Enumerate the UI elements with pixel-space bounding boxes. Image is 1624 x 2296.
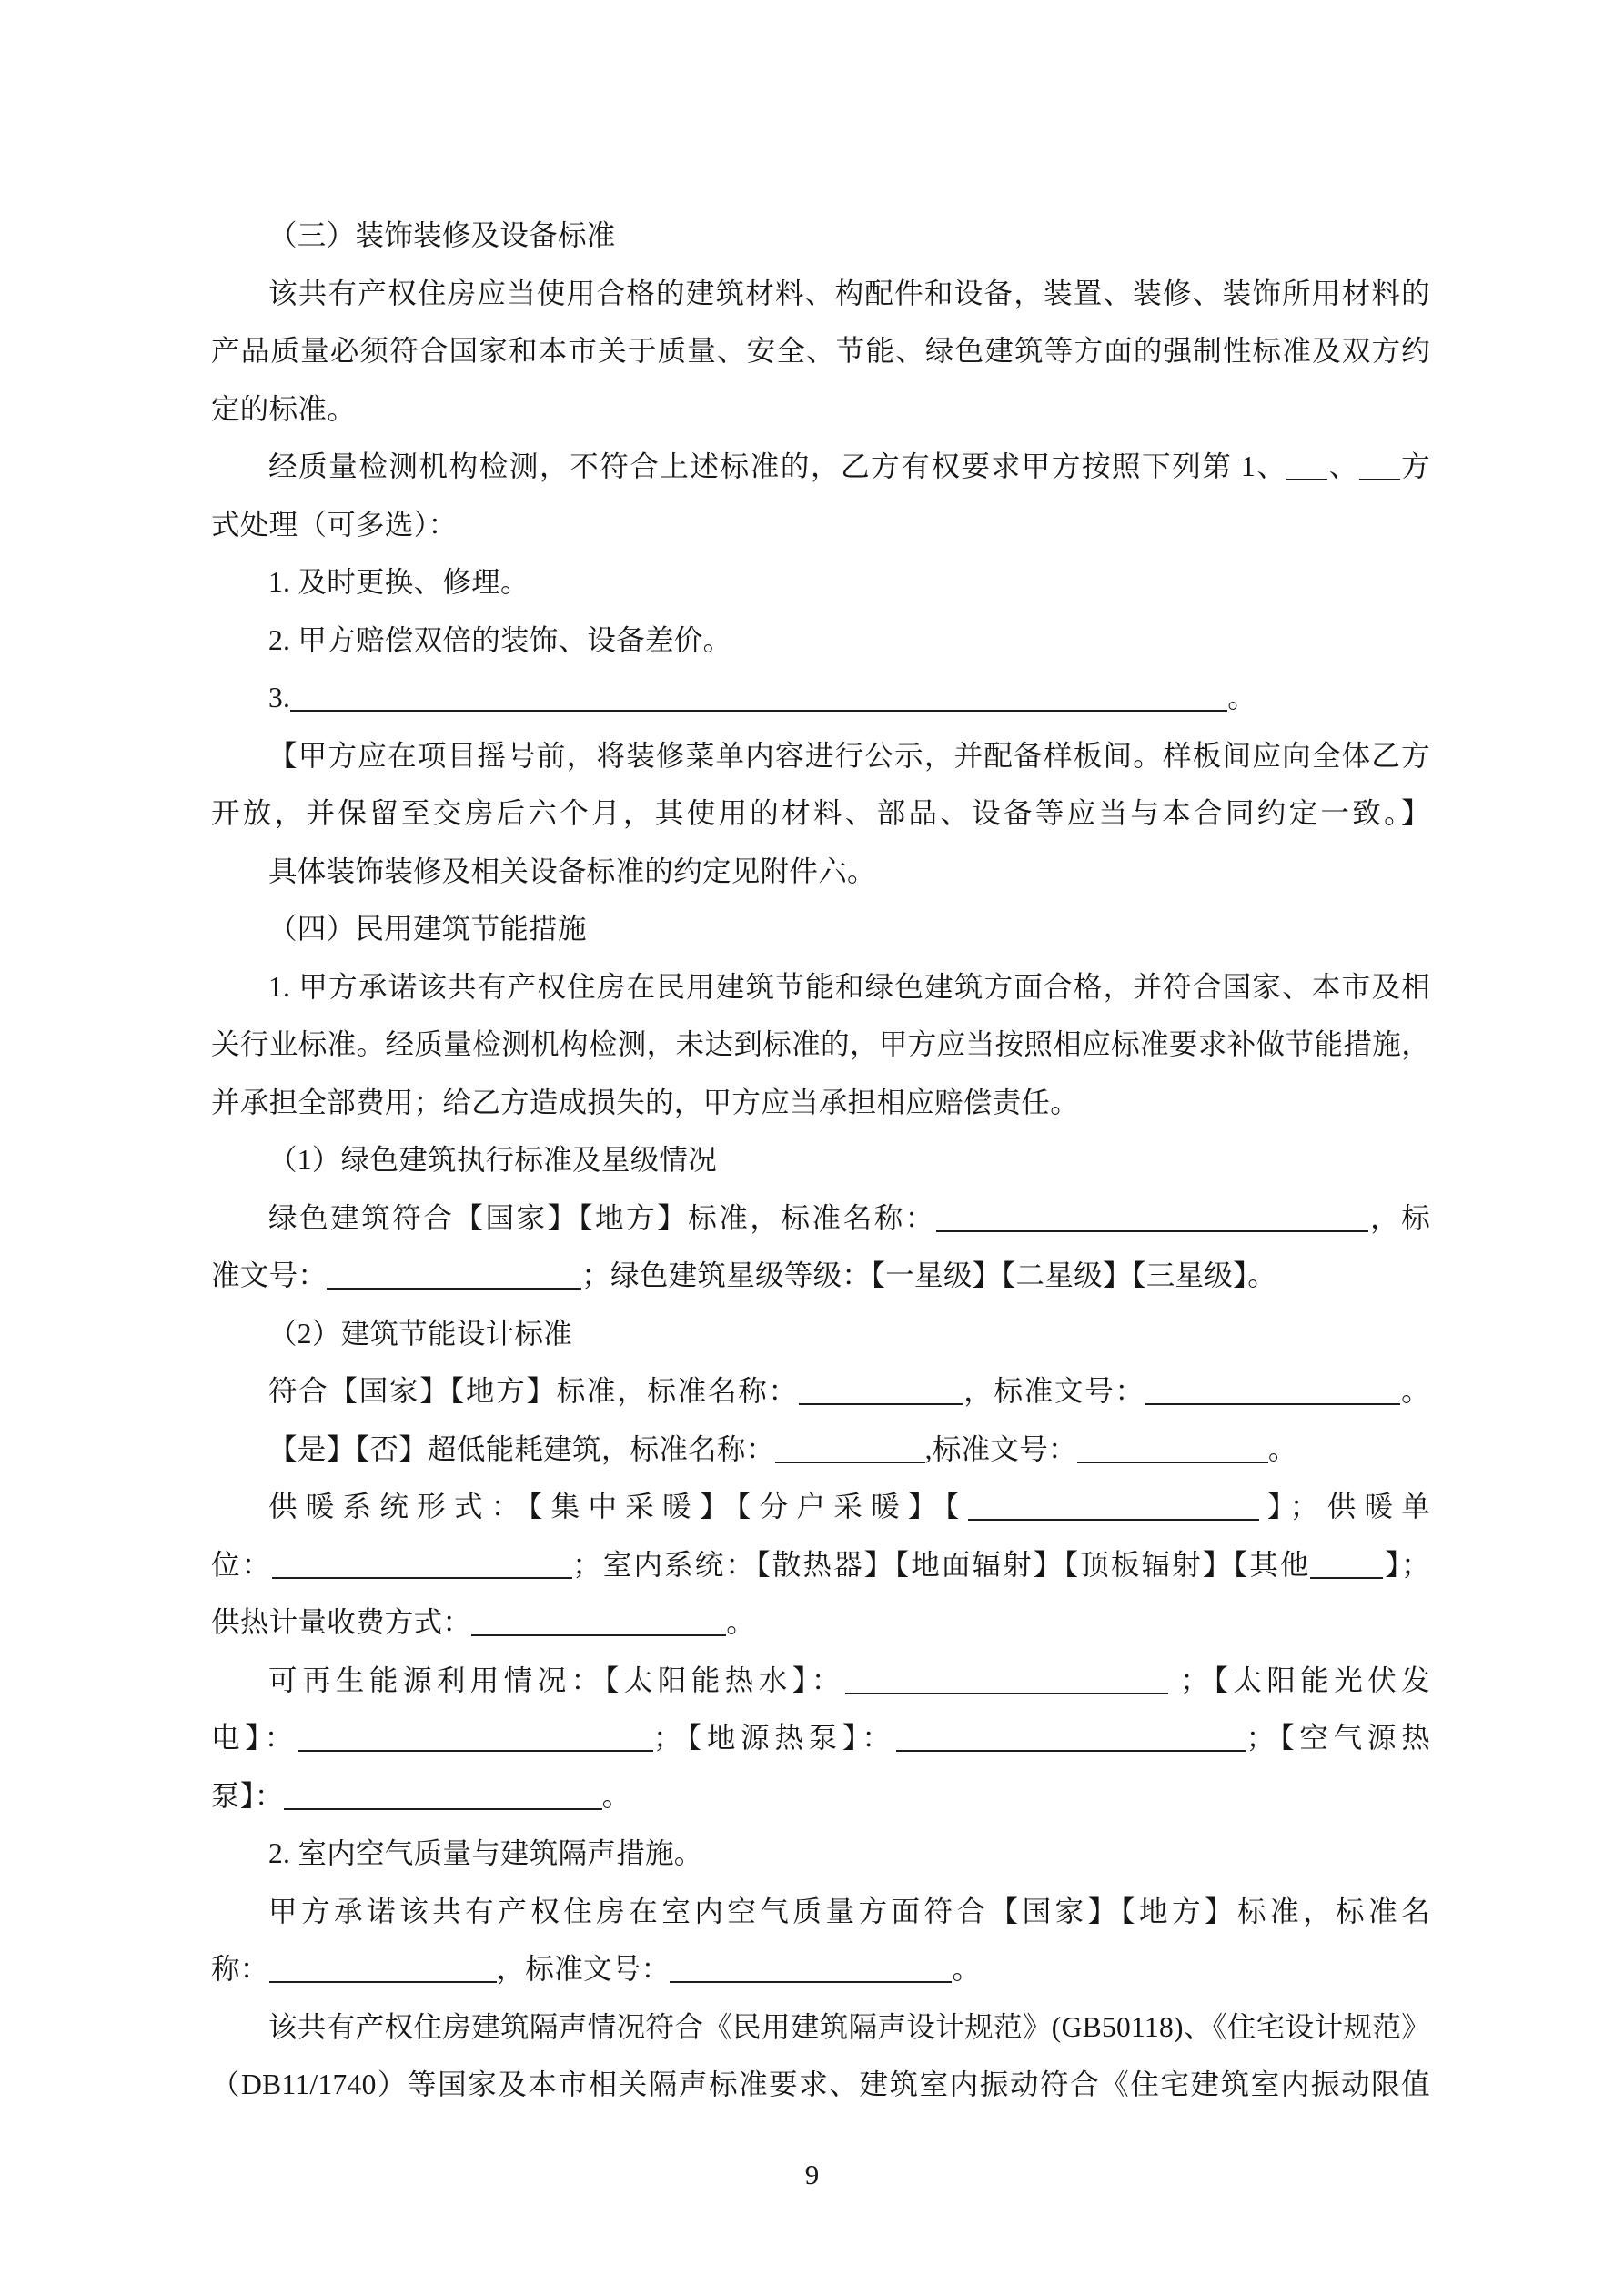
- text-segment: 具体装饰装修及相关设备标准的约定见附件六。: [268, 855, 876, 887]
- text-segment: 绿色建筑符合【国家】【地方】标准，标准名称：: [268, 1202, 936, 1234]
- para-model-room-line-1: 【甲方应在项目摇号前，将装修菜单内容进行公示，并配备样板间。样板间应向全体乙方: [211, 727, 1430, 785]
- text-segment: ；【地源热泵】：: [653, 1722, 896, 1754]
- text-segment: （1）绿色建筑执行标准及星级情况: [268, 1144, 717, 1176]
- para-materials-quality-line-3: 定的标准。: [211, 380, 1430, 439]
- fill-in-blank: [298, 1750, 653, 1752]
- text-segment: （DB11/1740）等国家及本市相关隔声标准要求、建筑室内振动符合《住宅建筑室…: [211, 2068, 1430, 2100]
- para-sound-insulation-line-1: 该共有产权住房建筑隔声情况符合《民用建筑隔声设计规范》(GB50118)、《住宅…: [211, 1998, 1430, 2057]
- text-segment: 电】：: [211, 1722, 298, 1754]
- text-segment: 。: [726, 1606, 755, 1638]
- para-indoor-air-line-2: 称：，标准文号：。: [211, 1940, 1430, 1998]
- para-materials-quality-line-1: 该共有产权住房应当使用合格的建筑材料、构配件和设备，装置、装修、装饰所用材料的: [211, 265, 1430, 323]
- text-segment: 】；: [1383, 1549, 1430, 1581]
- text-segment: 符合【国家】【地方】标准，标准名称：: [268, 1375, 799, 1407]
- fill-in-blank: [1359, 479, 1400, 480]
- fill-in-blank: [896, 1750, 1246, 1752]
- text-segment: ；绿色建筑星级等级：【一星级】【二星级】【三星级】。: [581, 1259, 1276, 1291]
- fill-in-blank: [1310, 1577, 1383, 1579]
- para-inspection-remedy-line-1: 经质量检测机构检测，不符合上述标准的，乙方有权要求甲方按照下列第 1、、方: [211, 438, 1430, 496]
- fill-in-blank: [775, 1462, 925, 1463]
- text-segment: 该共有产权住房建筑隔声情况符合《民用建筑隔声设计规范》(GB50118)、《住宅…: [268, 2011, 1430, 2043]
- sub-heading-indoor-air: 2. 室内空气质量与建筑隔声措施。: [211, 1825, 1430, 1883]
- para-materials-quality-line-2: 产品质量必须符合国家和本市关于质量、安全、节能、绿色建筑等方面的强制性标准及双方…: [211, 322, 1430, 380]
- page-number: 9: [0, 2159, 1624, 2191]
- text-segment: 【甲方应在项目摇号前，将装修菜单内容进行公示，并配备样板间。样板间应向全体乙方: [268, 740, 1430, 772]
- fill-in-blank: [968, 1519, 1259, 1521]
- para-sound-insulation-line-2: （DB11/1740）等国家及本市相关隔声标准要求、建筑室内振动符合《住宅建筑室…: [211, 2056, 1430, 2114]
- para-model-room-line-2: 开放，并保留至交房后六个月，其使用的材料、部品、设备等应当与本合同约定一致。】: [211, 784, 1430, 843]
- list-item-3: 3.。: [211, 669, 1430, 727]
- text-segment: 供热计量收费方式：: [211, 1606, 471, 1638]
- text-segment: 3.: [268, 682, 290, 713]
- text-segment: 2. 甲方赔偿双倍的装饰、设备差价。: [268, 624, 731, 656]
- text-segment: 泵】：: [211, 1780, 284, 1812]
- text-segment: 【是】【否】超低能耗建筑，标准名称：: [268, 1433, 775, 1465]
- text-segment: 2. 室内空气质量与建筑隔声措施。: [268, 1837, 703, 1869]
- fill-in-blank: [272, 1577, 572, 1579]
- text-segment: 1. 及时更换、修理。: [268, 566, 530, 598]
- list-item-1: 1. 及时更换、修理。: [211, 553, 1430, 612]
- para-energy-commitment-line-2: 关行业标准。经质量检测机构检测，未达到标准的，甲方应当按照相应标准要求补做节能措…: [211, 1016, 1430, 1074]
- text-segment: 式处理（可多选）：: [211, 509, 457, 541]
- text-segment: ；【太阳能光伏发: [1168, 1664, 1430, 1696]
- text-segment: 。: [952, 1953, 981, 1985]
- para-renewable-energy-line-2: 电】：；【地源热泵】：；【空气源热: [211, 1709, 1430, 1767]
- text-segment: 可再生能源利用情况：【太阳能热水】：: [268, 1664, 845, 1696]
- fill-in-blank: [269, 1981, 497, 1983]
- text-segment: 并承担全部费用；给乙方造成损失的，甲方应当承担相应赔偿责任。: [211, 1087, 1079, 1118]
- text-segment: ，标准文号：: [963, 1375, 1145, 1407]
- text-segment: ，标准文号：: [497, 1953, 671, 1985]
- text-segment: 供暖系统形式：【集中采暖】【分户采暖】【: [268, 1491, 968, 1522]
- para-heating-system-line-3: 供热计量收费方式：。: [211, 1593, 1430, 1652]
- text-segment: 准文号：: [211, 1259, 327, 1291]
- text-segment: 甲方承诺该共有产权住房在室内空气质量方面符合【国家】【地方】标准，标准名: [268, 1896, 1430, 1927]
- fill-in-blank: [845, 1693, 1168, 1694]
- para-renewable-energy-line-1: 可再生能源利用情况：【太阳能热水】： ；【太阳能光伏发: [211, 1652, 1430, 1710]
- text-segment: 产品质量必须符合国家和本市关于质量、安全、节能、绿色建筑等方面的强制性标准及双方…: [211, 335, 1430, 367]
- para-green-building-line-2: 准文号：；绿色建筑星级等级：【一星级】【二星级】【三星级】。: [211, 1247, 1430, 1305]
- sub-heading-green-building: （1）绿色建筑执行标准及星级情况: [211, 1131, 1430, 1189]
- sub-heading-energy-design: （2）建筑节能设计标准: [211, 1305, 1430, 1363]
- para-energy-design-standard: 符合【国家】【地方】标准，标准名称：，标准文号：。: [211, 1362, 1430, 1421]
- text-segment: 定的标准。: [211, 393, 356, 425]
- text-segment: 】；供暖单: [1259, 1491, 1430, 1522]
- text-segment: 1. 甲方承诺该共有产权住房在民用建筑节能和绿色建筑方面合格，并符合国家、本市及…: [268, 971, 1430, 1003]
- fill-in-blank: [799, 1403, 963, 1405]
- fill-in-blank: [290, 710, 1227, 712]
- document-page-content: （三）装饰装修及设备标准该共有产权住房应当使用合格的建筑材料、构配件和设备，装置…: [211, 207, 1430, 2114]
- text-segment: （四）民用建筑节能措施: [268, 913, 587, 945]
- text-segment: 经质量检测机构检测，不符合上述标准的，乙方有权要求甲方按照下列第 1、: [268, 450, 1286, 482]
- text-segment: 称：: [211, 1953, 269, 1985]
- section-heading-3: （三）装饰装修及设备标准: [211, 207, 1430, 265]
- para-heating-system-line-2: 位：；室内系统：【散热器】【地面辐射】【顶板辐射】【其他】；: [211, 1536, 1430, 1594]
- text-segment: 位：: [211, 1549, 272, 1581]
- list-item-2: 2. 甲方赔偿双倍的装饰、设备差价。: [211, 612, 1430, 670]
- fill-in-blank: [1286, 479, 1327, 480]
- text-segment: 、: [1327, 450, 1358, 482]
- text-segment: （三）装饰装修及设备标准: [268, 219, 616, 251]
- text-segment: 。: [1268, 1433, 1297, 1465]
- fill-in-blank: [327, 1288, 581, 1290]
- para-energy-commitment-line-1: 1. 甲方承诺该共有产权住房在民用建筑节能和绿色建筑方面合格，并符合国家、本市及…: [211, 958, 1430, 1017]
- para-indoor-air-line-1: 甲方承诺该共有产权住房在室内空气质量方面符合【国家】【地方】标准，标准名: [211, 1883, 1430, 1941]
- fill-in-blank: [1077, 1462, 1268, 1463]
- para-inspection-remedy-line-2: 式处理（可多选）：: [211, 496, 1430, 554]
- text-segment: 关行业标准。经质量检测机构检测，未达到标准的，甲方应当按照相应标准要求补做节能措…: [211, 1028, 1430, 1060]
- text-segment: （2）建筑节能设计标准: [268, 1318, 572, 1350]
- text-segment: ，标: [1368, 1202, 1430, 1234]
- fill-in-blank: [1145, 1403, 1400, 1405]
- text-segment: 。: [1227, 682, 1256, 713]
- text-segment: 该共有产权住房应当使用合格的建筑材料、构配件和设备，装置、装修、装饰所用材料的: [268, 278, 1430, 309]
- text-segment: 开放，并保留至交房后六个月，其使用的材料、部品、设备等应当与本合同约定一致。】: [211, 797, 1430, 829]
- para-renewable-energy-line-3: 泵】：。: [211, 1767, 1430, 1826]
- text-segment: ；室内系统：【散热器】【地面辐射】【顶板辐射】【其他: [572, 1549, 1310, 1581]
- text-segment: 方: [1400, 450, 1430, 482]
- para-energy-commitment-line-3: 并承担全部费用；给乙方造成损失的，甲方应当承担相应赔偿责任。: [211, 1074, 1430, 1132]
- fill-in-blank: [936, 1230, 1368, 1232]
- text-segment: 。: [602, 1780, 631, 1812]
- para-ultra-low-energy: 【是】【否】超低能耗建筑，标准名称：,标准文号：。: [211, 1421, 1430, 1479]
- section-heading-4: （四）民用建筑节能措施: [211, 900, 1430, 958]
- text-segment: ,标准文号：: [925, 1433, 1077, 1465]
- text-segment: ；【空气源热: [1246, 1722, 1430, 1754]
- fill-in-blank: [670, 1981, 952, 1983]
- fill-in-blank: [471, 1634, 726, 1636]
- para-green-building-line-1: 绿色建筑符合【国家】【地方】标准，标准名称：，标: [211, 1189, 1430, 1248]
- para-appendix-6: 具体装饰装修及相关设备标准的约定见附件六。: [211, 843, 1430, 901]
- fill-in-blank: [284, 1808, 602, 1810]
- para-heating-system-line-1: 供暖系统形式：【集中采暖】【分户采暖】【】；供暖单: [211, 1478, 1430, 1536]
- text-segment: 。: [1400, 1375, 1430, 1407]
